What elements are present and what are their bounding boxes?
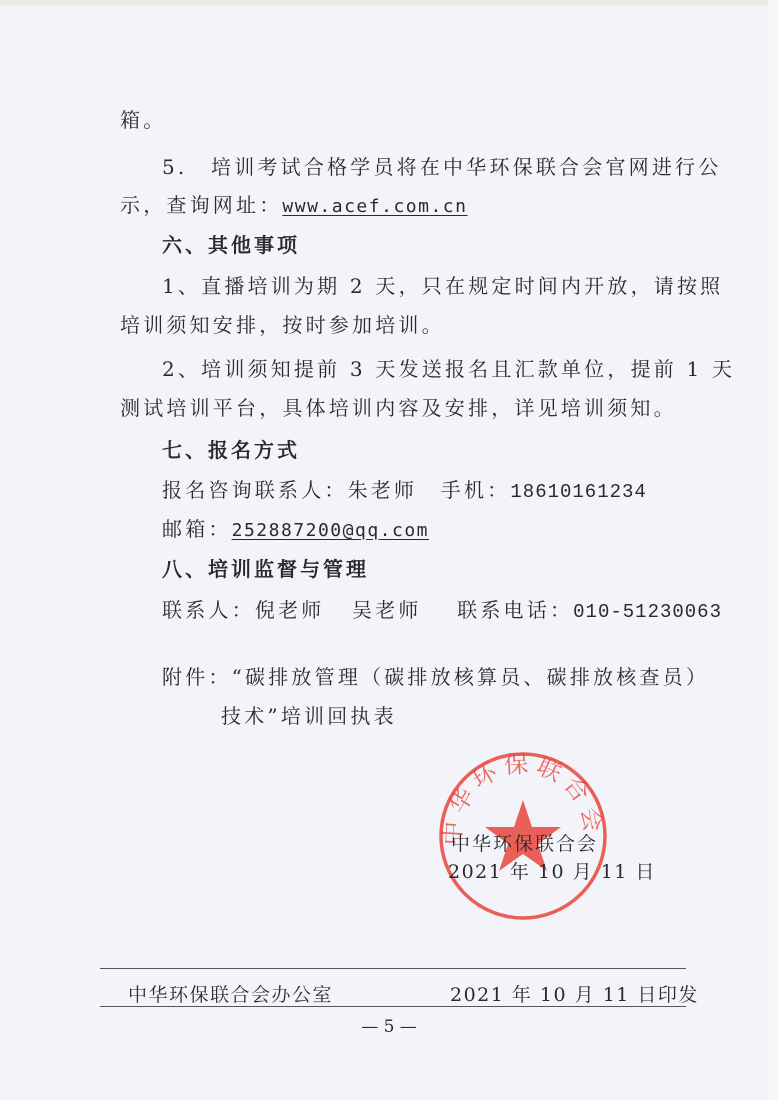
website-link[interactable]: www.acef.com.cn (282, 196, 467, 217)
section8-heading: 八、培训监督与管理 (162, 557, 369, 581)
section6-heading: 六、其他事项 (162, 233, 300, 257)
item5-text: 培训考试合格学员将在中华环保联合会官网进行公 (211, 155, 721, 179)
item5-line2: 示，查询网址：www.acef.com.cn (120, 193, 467, 219)
contact-label: 报名咨询联系人： (162, 478, 348, 502)
signature-organization: 中华环保联合会 (451, 832, 598, 856)
supervision-contact-name2: 吴老师 (352, 598, 422, 622)
registration-contact: 报名咨询联系人：朱老师 手机：18610161234 (162, 478, 647, 504)
attachment-line2: 技术”培训回执表 (221, 704, 397, 728)
attachment-label: 附件： (162, 665, 232, 689)
footer-bottom-rule (100, 1006, 686, 1007)
page-number: — 5 — (0, 1017, 778, 1037)
signature-date: 2021 年 10 月 11 日 (448, 860, 656, 884)
section7-heading: 七、报名方式 (162, 438, 300, 462)
footer-issue-date: 2021 年 10 月 11 日印发 (450, 980, 699, 1007)
section6-item2-line2: 测试培训平台，具体培训内容及安排，详见培训须知。 (120, 396, 677, 420)
phone-number: 18610161234 (510, 481, 646, 503)
attachment-title-part1: “碳排放管理（碳排放核算员、碳排放核查员） (232, 665, 709, 689)
email-link[interactable]: 252887200@qq.com (232, 520, 429, 541)
footer-issuer: 中华环保联合会办公室 (128, 980, 333, 1007)
item5-prefix: 示，查询网址： (120, 193, 282, 217)
tel-label: 联系电话： (457, 598, 573, 622)
section6-item1-line1: 1、直播培训为期 2 天，只在规定时间内开放，请按照 (162, 274, 723, 298)
item5-line1: 5. 培训考试合格学员将在中华环保联合会官网进行公 (162, 155, 721, 179)
phone-label: 手机： (441, 478, 511, 502)
item5-number: 5. (162, 155, 187, 179)
tel-number: 010-51230063 (573, 601, 722, 623)
email-label: 邮箱： (162, 517, 232, 541)
scan-right-edge (768, 0, 778, 1100)
footer-top-rule (100, 968, 686, 969)
supervision-contact-name1: 倪老师 (255, 598, 325, 622)
scan-top-edge (0, 0, 778, 6)
attachment-line1: 附件：“碳排放管理（碳排放核算员、碳排放核查员） (162, 665, 709, 689)
continuation-text: 箱。 (120, 108, 166, 132)
registration-email: 邮箱：252887200@qq.com (162, 517, 429, 543)
section6-item2-line1: 2、培训须知提前 3 天发送报名且汇款单位，提前 1 天 (162, 357, 735, 381)
supervision-contact-label: 联系人： (162, 598, 255, 622)
supervision-contact: 联系人：倪老师 吴老师 联系电话：010-51230063 (162, 598, 722, 624)
contact-name: 朱老师 (348, 478, 418, 502)
section6-item1-line2: 培训须知安排，按时参加培训。 (120, 313, 445, 337)
